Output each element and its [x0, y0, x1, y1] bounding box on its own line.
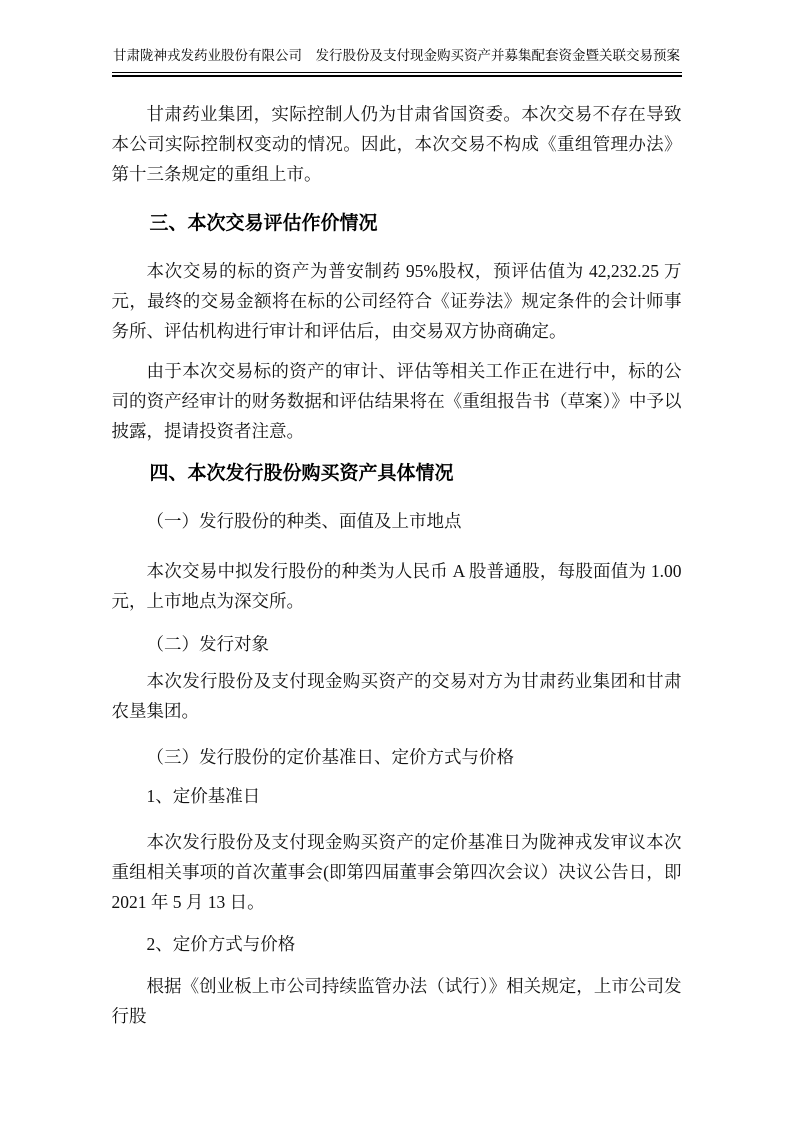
- paragraph-issue-targets: 本次发行股份及支付现金购买资产的交易对方为甘肃药业集团和甘肃农垦集团。: [112, 666, 682, 726]
- subheading-share-type: （一）发行股份的种类、面值及上市地点: [112, 506, 682, 536]
- paragraph-audit-notice: 由于本次交易标的资产的审计、评估等相关工作正在进行中，标的公司的资产经审计的财务…: [112, 356, 682, 446]
- document-page: 甘肃陇神戎发药业股份有限公司 发行股份及支付现金购买资产并募集配套资金暨关联交易…: [0, 0, 793, 1122]
- paragraph-share-type: 本次交易中拟发行股份的种类为人民币 A 股普通股，每股面值为 1.00 元，上市…: [112, 556, 682, 616]
- paragraph-valuation: 本次交易的标的资产为普安制药 95%股权，预评估值为 42,232.25 万元，…: [112, 256, 682, 346]
- item-heading-pricing-date: 1、定价基准日: [112, 781, 682, 811]
- paragraph-control-change: 甘肃药业集团，实际控制人仍为甘肃省国资委。本次交易不存在导致本公司实际控制权变动…: [112, 99, 682, 189]
- section-heading-3: 三、本次交易评估作价情况: [112, 209, 682, 239]
- item-heading-pricing-method: 2、定价方式与价格: [112, 929, 682, 959]
- subheading-issue-targets: （二）发行对象: [112, 629, 682, 659]
- paragraph-pricing-method: 根据《创业板上市公司持续监管办法（试行）》相关规定，上市公司发行股: [112, 971, 682, 1031]
- section-heading-4: 四、本次发行股份购买资产具体情况: [112, 459, 682, 489]
- paragraph-pricing-date: 本次发行股份及支付现金购买资产的定价基准日为陇神戎发审议本次重组相关事项的首次董…: [112, 827, 682, 917]
- subheading-pricing: （三）发行股份的定价基准日、定价方式与价格: [112, 742, 682, 772]
- header-double-rule: [112, 72, 682, 77]
- running-header: 甘肃陇神戎发药业股份有限公司 发行股份及支付现金购买资产并募集配套资金暨关联交易…: [112, 46, 682, 66]
- page-content: 甘肃陇神戎发药业股份有限公司 发行股份及支付现金购买资产并募集配套资金暨关联交易…: [112, 0, 682, 1031]
